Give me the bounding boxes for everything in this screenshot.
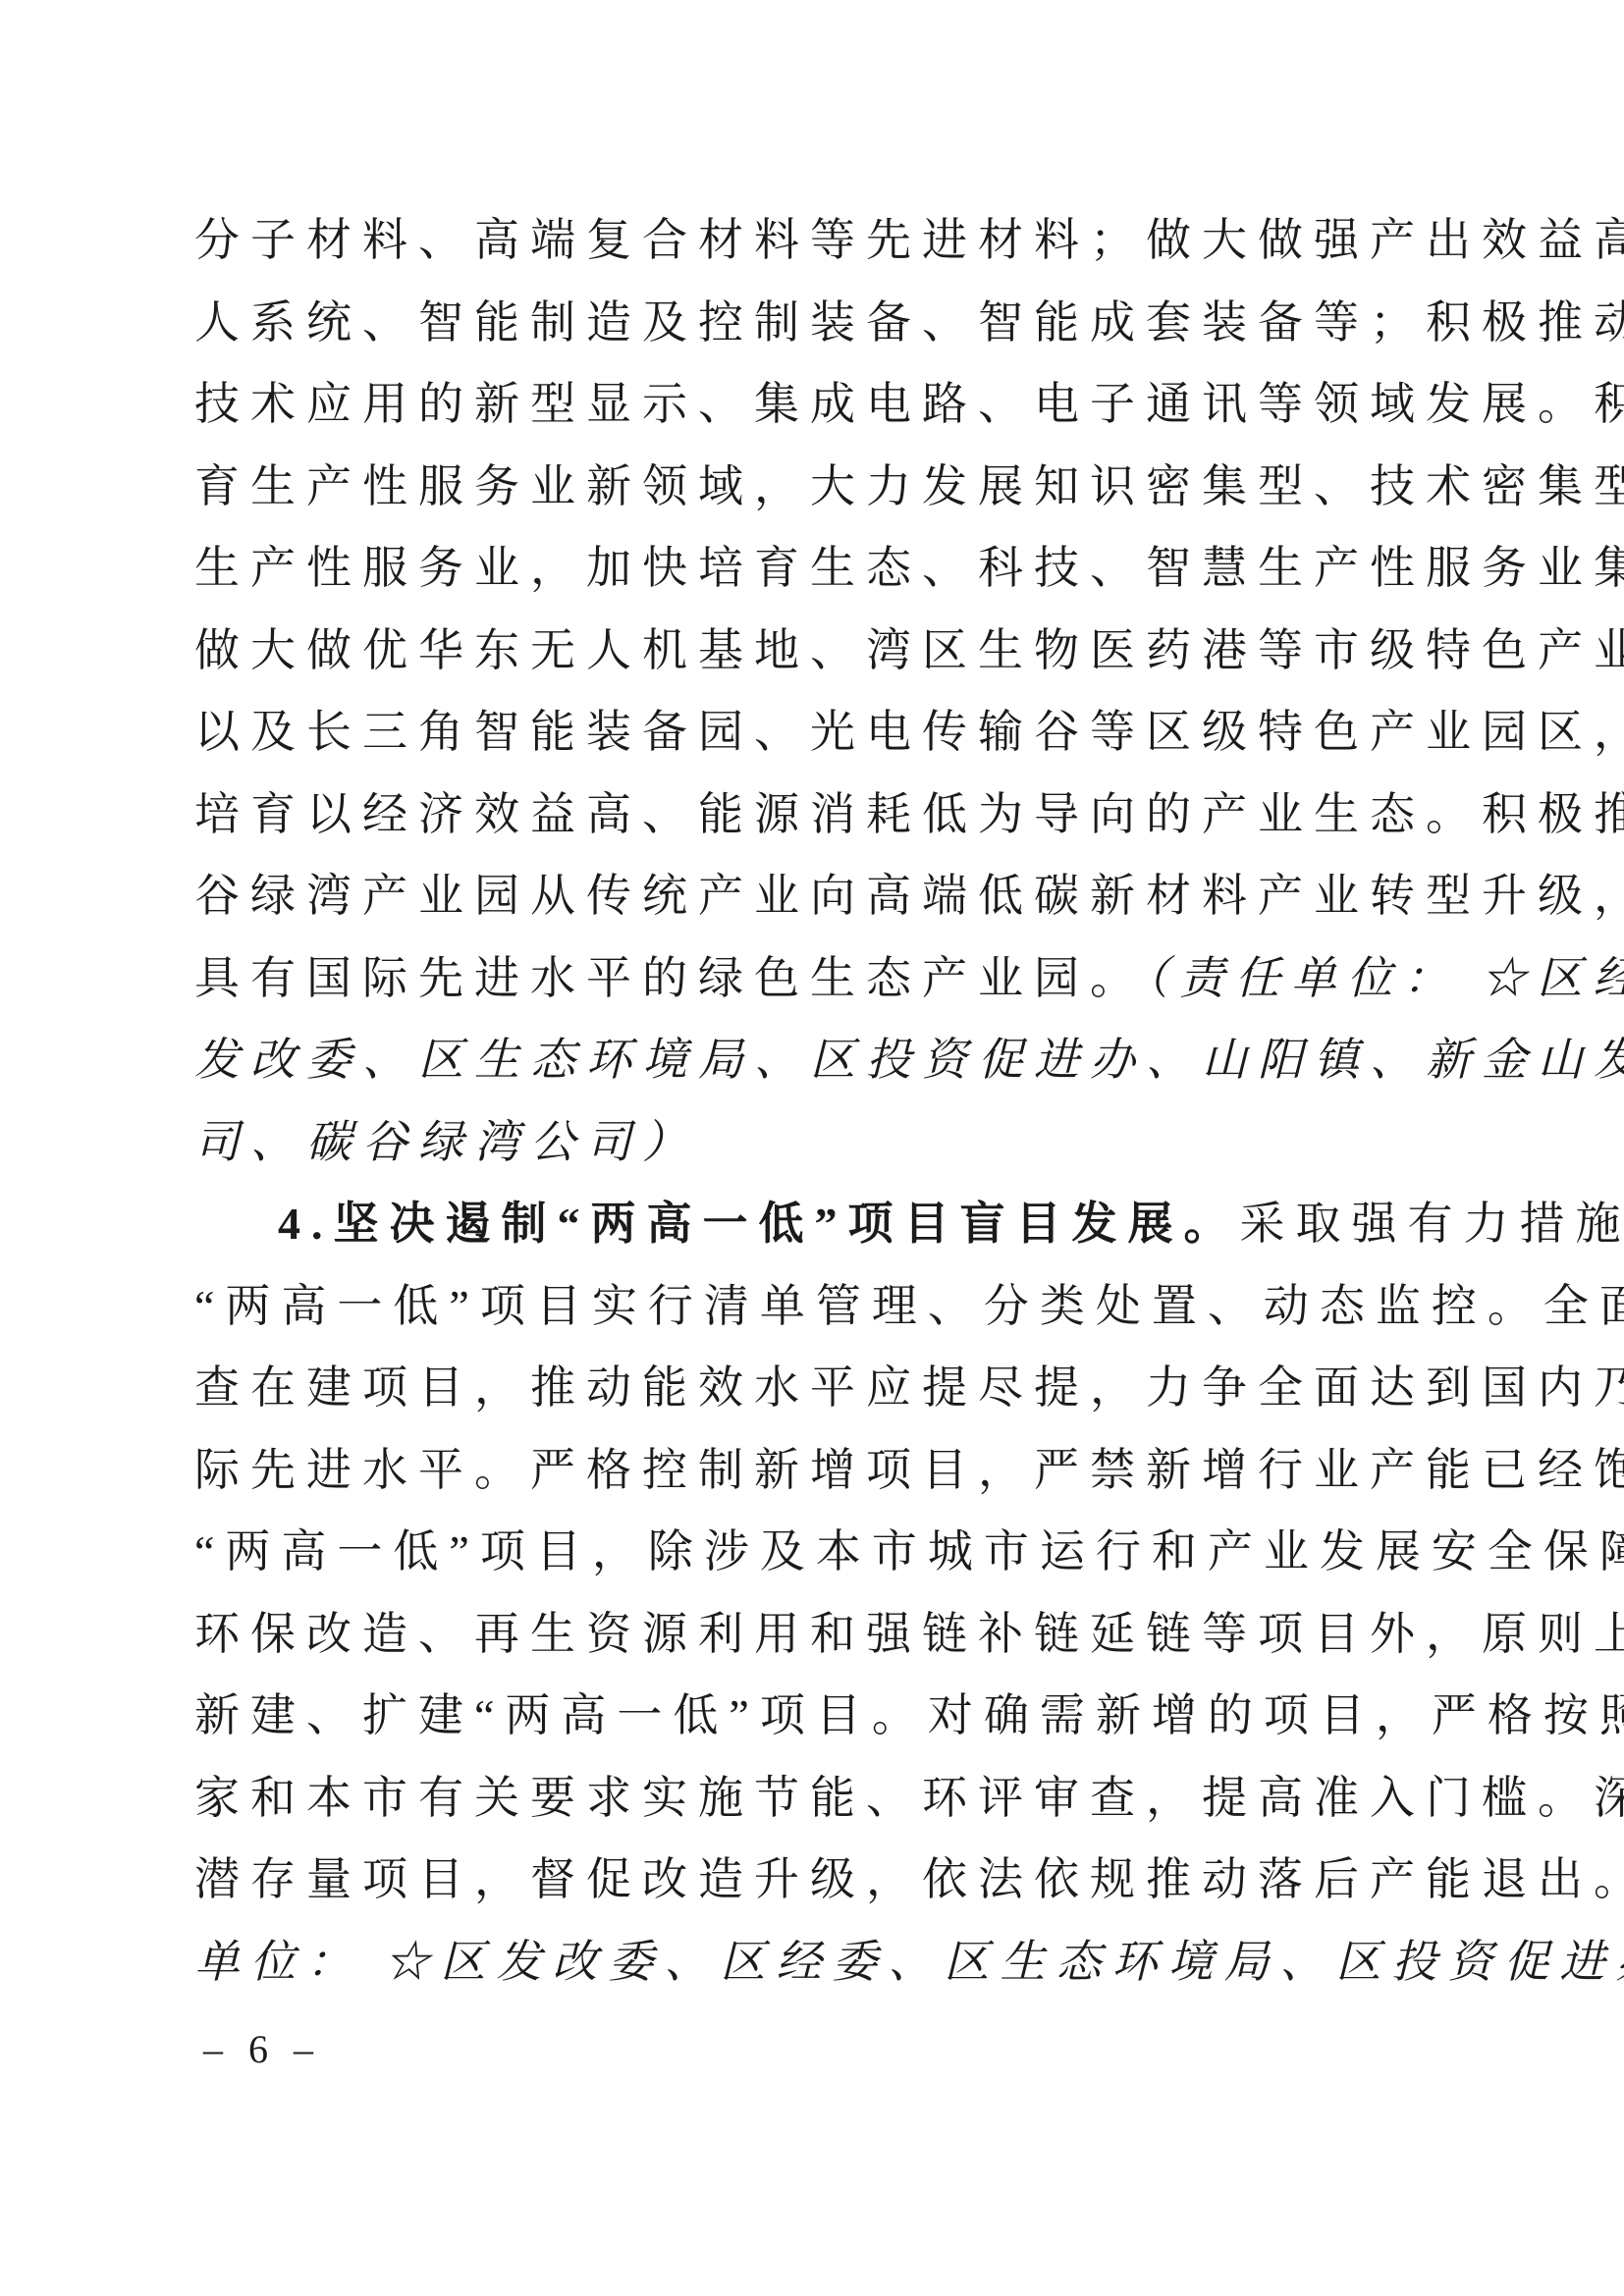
document-page: 分子材料、高端复合材料等先进材料；做大做强产出效益高的无人系统、智能制造及控制装… — [0, 0, 1624, 2296]
body-text: 家和本市有关要求实施节能、环评审查，提高准入门槛。深入挖 — [194, 1773, 1624, 1823]
text-line: 司、碳谷绿湾公司） — [194, 1101, 1471, 1184]
text-line: 新建、扩建“两高一低”项目。对确需新增的项目，严格按照国 — [194, 1675, 1471, 1757]
text-line: 人系统、智能制造及控制装备、智能成套装备等；积极推动低碳 — [194, 282, 1471, 364]
text-line: 家和本市有关要求实施节能、环评审查，提高准入门槛。深入挖 — [194, 1757, 1471, 1840]
body-text: 分子材料、高端复合材料等先进材料；做大做强产出效益高的无 — [194, 215, 1624, 265]
text-line: 具有国际先进水平的绿色生态产业园。（责任单位： ☆区经委、区 — [194, 937, 1471, 1020]
text-line: 谷绿湾产业园从传统产业向高端低碳新材料产业转型升级，建成 — [194, 855, 1471, 937]
text-line: 育生产性服务业新领域，大力发展知识密集型、技术密集型新兴 — [194, 446, 1471, 528]
text-line: 单位： ☆区发改委、区经委、区生态环境局、区投资促进办、区 — [194, 1921, 1471, 2003]
text-line: 环保改造、再生资源利用和强链补链延链等项目外，原则上不得 — [194, 1593, 1471, 1676]
body-text: “两高一低”项目，除涉及本市城市运行和产业发展安全保障、 — [194, 1526, 1624, 1576]
text-line: “两高一低”项目，除涉及本市城市运行和产业发展安全保障、 — [194, 1511, 1471, 1593]
responsibility-unit-text: 单位： ☆区发改委、区经委、区生态环境局、区投资促进办、区 — [194, 1937, 1624, 1987]
responsibility-unit-text: 司、碳谷绿湾公司） — [194, 1117, 698, 1167]
responsibility-unit-text: 发改委、区生态环境局、区投资促进办、山阳镇、新金山发展公 — [194, 1035, 1624, 1085]
body-text: 做大做优华东无人机基地、湾区生物医药港等市级特色产业园区， — [194, 625, 1624, 675]
body-text: 谷绿湾产业园从传统产业向高端低碳新材料产业转型升级，建成 — [194, 871, 1624, 921]
body-text: 育生产性服务业新领域，大力发展知识密集型、技术密集型新兴 — [194, 461, 1624, 511]
text-line: 分子材料、高端复合材料等先进材料；做大做强产出效益高的无 — [194, 199, 1471, 282]
text-line: 发改委、区生态环境局、区投资促进办、山阳镇、新金山发展公 — [194, 1019, 1471, 1101]
body-text: 采取强有力措施，对 — [1240, 1199, 1624, 1249]
text-line: 潜存量项目，督促改造升级，依法依规推动落后产能退出。（责任 — [194, 1839, 1471, 1921]
body-text: 以及长三角智能装备园、光电传输谷等区级特色产业园区，加快 — [194, 707, 1624, 757]
body-text: 环保改造、再生资源利用和强链补链延链等项目外，原则上不得 — [194, 1609, 1624, 1659]
body-text: 生产性服务业，加快培育生态、科技、智慧生产性服务业集群。 — [194, 543, 1624, 593]
responsibility-unit-text: （责任单位： ☆区经委、区 — [1146, 953, 1624, 1003]
page-number: – 6 – — [203, 2020, 321, 2079]
item-title-text: 4.坚决遏制“两高一低”项目盲目发展。 — [278, 1199, 1240, 1249]
body-text: 人系统、智能制造及控制装备、智能成套装备等；积极推动低碳 — [194, 297, 1624, 347]
text-line: 查在建项目，推动能效水平应提尽提，力争全面达到国内乃至国 — [194, 1347, 1471, 1429]
text-line: “两高一低”项目实行清单管理、分类处置、动态监控。全面排 — [194, 1265, 1471, 1348]
document-body: 分子材料、高端复合材料等先进材料；做大做强产出效益高的无人系统、智能制造及控制装… — [194, 199, 1471, 2002]
body-text: 潜存量项目，督促改造升级，依法依规推动落后产能退出。 — [194, 1854, 1624, 1904]
text-line: 以及长三角智能装备园、光电传输谷等区级特色产业园区，加快 — [194, 691, 1471, 774]
body-text: “两高一低”项目实行清单管理、分类处置、动态监控。全面排 — [194, 1281, 1624, 1331]
body-text: 技术应用的新型显示、集成电路、电子通讯等领域发展。积极培 — [194, 379, 1624, 429]
text-line: 培育以经济效益高、能源消耗低为导向的产业生态。积极推动碳 — [194, 774, 1471, 856]
body-text: 培育以经济效益高、能源消耗低为导向的产业生态。积极推动碳 — [194, 789, 1624, 839]
text-line: 际先进水平。严格控制新增项目，严禁新增行业产能已经饱和的 — [194, 1429, 1471, 1512]
body-text: 具有国际先进水平的绿色生态产业园。 — [194, 953, 1146, 1003]
text-line: 做大做优华东无人机基地、湾区生物医药港等市级特色产业园区， — [194, 610, 1471, 692]
text-line: 技术应用的新型显示、集成电路、电子通讯等领域发展。积极培 — [194, 363, 1471, 446]
text-line: 生产性服务业，加快培育生态、科技、智慧生产性服务业集群。 — [194, 527, 1471, 610]
body-text: 际先进水平。严格控制新增项目，严禁新增行业产能已经饱和的 — [194, 1445, 1624, 1495]
body-text: 查在建项目，推动能效水平应提尽提，力争全面达到国内乃至国 — [194, 1362, 1624, 1413]
text-line: 4.坚决遏制“两高一低”项目盲目发展。采取强有力措施，对 — [194, 1183, 1471, 1265]
body-text: 新建、扩建“两高一低”项目。对确需新增的项目，严格按照国 — [194, 1690, 1624, 1740]
